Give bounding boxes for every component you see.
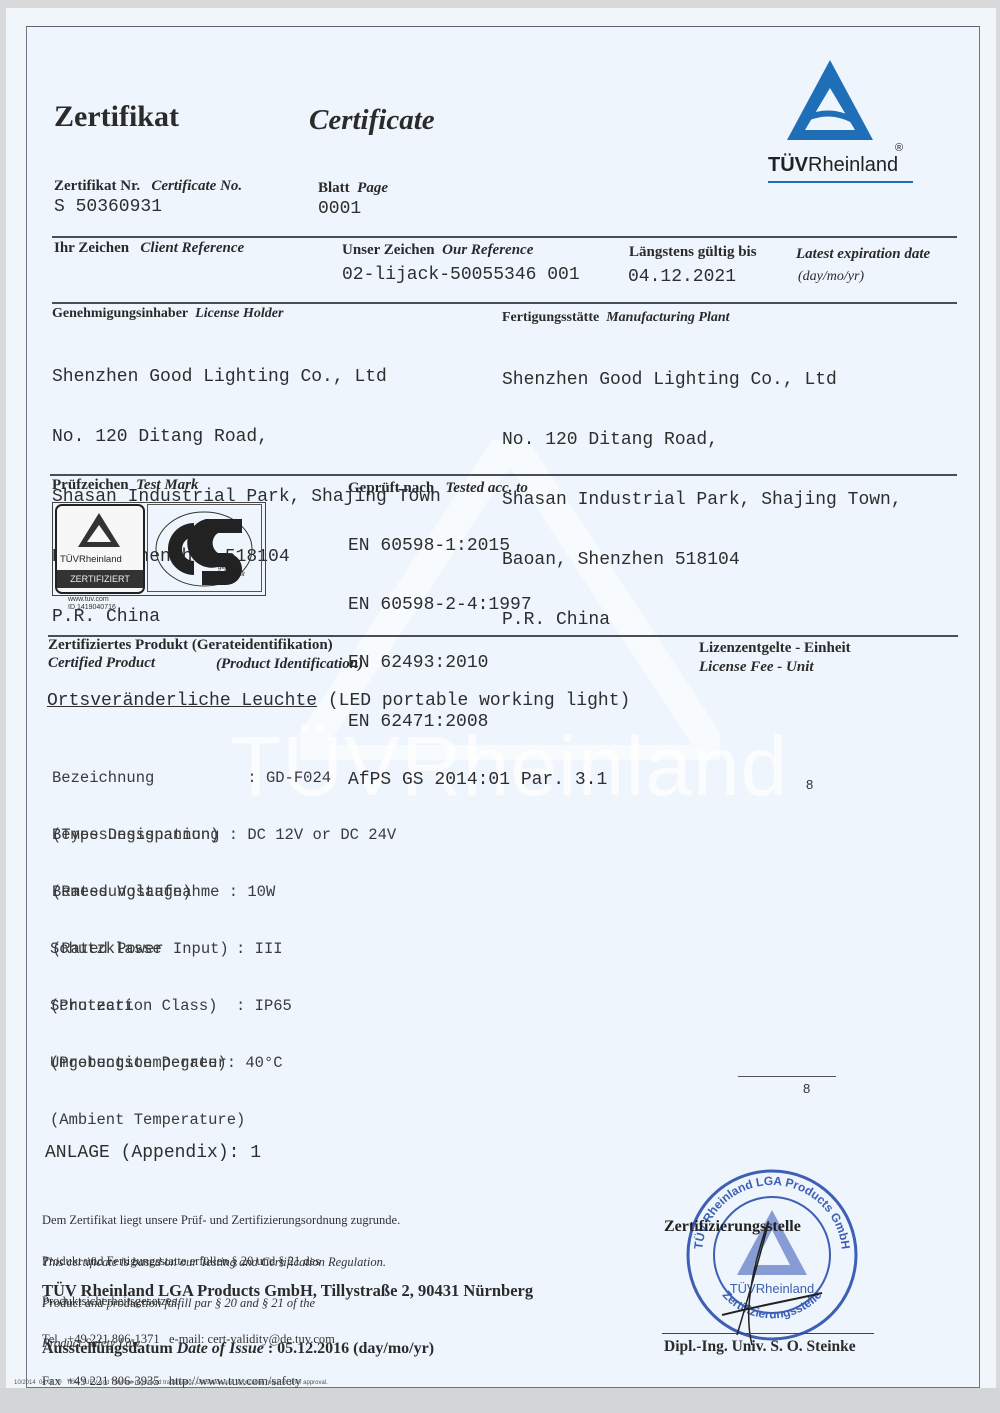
address-line: No. 120 Ditang Road, [502,430,902,450]
divider [50,474,957,476]
manufacturing-plant-label-en: Manufacturing Plant [606,310,729,325]
gs-mark: geprüfteSicherheit [147,504,262,592]
divider [52,302,957,304]
spec-value: 40°C [245,1054,282,1072]
license-fee-total: 8 [803,1081,810,1096]
certified-product-label-de-1: Zertifiziertes Produkt [48,637,188,653]
our-reference-label: Unser Zeichen Our Reference [342,242,533,259]
appendix: ANLAGE (Appendix): 1 [45,1143,261,1163]
brand-name: TÜVRheinland [768,154,898,177]
tuv-mark-brand: TÜVRheinland [60,554,122,565]
tuv-mark-badge: ZERTIFIZIERT [57,570,143,588]
spec-label: Bemessungsaufnahme : [52,883,247,901]
tested-acc-label-en: Tested acc. to [446,480,528,496]
certificate-no-label-en: Certificate No. [151,178,242,194]
license-holder-label-en: License Holder [195,306,283,321]
divider [52,236,957,238]
client-reference-label: Ihr Zeichen Client Reference [54,240,244,257]
spec-value: GD-F024 [266,769,331,787]
manufacturing-plant-label: Fertigungsstätte Manufacturing Plant [502,310,730,326]
spec-label: Schutzklasse : [50,940,255,958]
date-of-issue-label-en: Date of Issue [177,1340,264,1357]
official-stamp-icon: TÜVRheinland TÜV Rheinland LGA Products … [682,1165,862,1345]
spec-value: III [255,940,283,958]
page-label-de: Blatt [318,180,350,196]
tuv-triangle-icon [77,512,121,548]
footnote-text: TÜV, TUEV and TUV are registered tradema… [67,1380,328,1386]
license-holder-label: Genehmigungsinhaber License Holder [52,306,283,322]
certificate-no-label-de: Zertifikat Nr. [54,178,140,194]
title-german: Zertifikat [54,100,179,134]
expiration-value: 04.12.2021 [628,267,736,287]
standard-item: EN 60598-1:2015 [348,537,607,557]
certified-product-label-de: Zertifiziertes Produkt (Gerateidentifika… [48,637,333,654]
certificate-no-value: S 50360931 [54,197,162,217]
address-line: Shenzhen Good Lighting Co., Ltd [52,367,441,387]
product-name-de: Ortsveränderliche Leuchte [47,691,317,711]
client-reference-label-en: Client Reference [140,240,244,256]
license-fee-label-en: License Fee - Unit [699,659,814,676]
page-value: 0001 [318,199,361,219]
license-fee-label-de: Lizenzentgelte - Einheit [699,640,851,657]
license-fee-value: 8 [806,777,813,792]
standards-list: EN 60598-1:2015 EN 60598-2-4:1997 EN 624… [348,498,607,810]
issuer-name: TÜV Rheinland LGA Products GmbH, Tillyst… [42,1281,533,1301]
title-english: Certificate [309,104,435,137]
spec-label: Schutzart : [50,997,255,1015]
expiration-label-en: Latest expiration date [796,246,930,263]
gs-caption-1: geprüfte [218,565,245,572]
test-mark-label-de: Prüfzeichen [52,477,129,493]
our-reference-label-en: Our Reference [442,242,533,258]
manufacturing-plant-label-de: Fertigungsstätte [502,310,599,325]
address-line: No. 120 Ditang Road, [52,427,441,447]
certified-product-label-en-1: Certified Product [48,655,155,672]
brand-name-bold: TÜV [768,154,808,176]
fee-total-line [738,1076,836,1077]
tested-acc-label-de: Geprüft nach [348,480,434,496]
page-label-en: Page [357,180,388,196]
test-mark-label: Prüfzeichen Test Mark [52,477,199,494]
gs-caption-2: Sicherheit [218,572,245,579]
our-reference-value: 02-lijack-50055346 001 [342,265,580,285]
address-line: Shenzhen Good Lighting Co., Ltd [502,370,902,390]
spec-value: DC 12V or DC 24V [247,826,396,844]
certified-product-label-en-2: (Product Identification) [216,656,363,673]
brand-name-rest: Rheinland [808,154,898,176]
license-holder-label-de: Genehmigungsinhaber [52,306,188,321]
client-reference-label-de: Ihr Zeichen [54,240,129,256]
scan-edge [0,1388,1000,1413]
standard-item: EN 62493:2010 [348,654,607,674]
standard-item: EN 60598-2-4:1997 [348,596,607,616]
tuv-triangle-icon [785,58,875,146]
certification-office: Zertifizierungsstelle [664,1218,801,1236]
test-mark-id-value: ID 1419040716 [68,604,116,612]
svg-text:TÜVRheinland: TÜVRheinland [730,1281,815,1296]
spec-label-en: (Ambient Temperature) [50,1111,283,1130]
date-of-issue: Ausstellungsdatum Date of Issue : 05.12.… [42,1340,434,1358]
expiration-format: (day/mo/yr) [798,269,864,285]
footnote-code: 10/2014 04.08 [14,1380,54,1386]
product-name-en: (LED portable working light) [317,691,630,711]
test-mark-url: www.tuv.com [68,596,116,604]
test-mark-id: www.tuv.comID 1419040716 [68,596,116,612]
brand-underline [768,181,913,183]
signature-line [662,1333,874,1334]
spec-label: Bezeichnung : [52,769,266,787]
tested-acc-label: Geprüft nach Tested acc. to [348,480,528,497]
tuv-certified-mark: TÜVRheinland ZERTIFIZIERT [55,504,145,594]
test-mark-label-en: Test Mark [136,477,198,493]
spec-label: Bemessungsspannung : [52,826,247,844]
footnote: 10/2014 04.08 ® TÜV, TUEV and TUV are re… [14,1380,328,1386]
expiration-label-de: Längstens gültig bis [629,244,757,261]
spec-value: IP65 [255,997,292,1015]
certificate-no-label: Zertifikat Nr. Certificate No. [54,178,242,195]
legal-line: This certificate is based on our Testing… [42,1256,386,1270]
spec-label: Umgebungstemperatur: [50,1054,245,1072]
product-name: Ortsveränderliche Leuchte (LED portable … [47,691,630,711]
gs-caption: geprüfteSicherheit [218,565,245,579]
spec-item: Umgebungstemperatur: 40°C (Ambient Tempe… [50,1016,283,1149]
spec-value: 10W [247,883,275,901]
our-reference-label-de: Unser Zeichen [342,242,435,258]
certified-product-label-de-2: (Gerateidentifikation) [192,637,333,653]
date-of-issue-value: : 05.12.2016 (day/mo/yr) [264,1340,434,1357]
signer-name: Dipl.-Ing. Univ. S. O. Steinke [664,1338,856,1356]
page-label: Blatt Page [318,180,388,197]
date-of-issue-label-de: Ausstellungsdatum [42,1340,173,1357]
standard-item: EN 62471:2008 [348,713,607,733]
legal-line: Dem Zertifikat liegt unsere Prüf- und Ze… [42,1214,400,1228]
registered-mark: ® [895,142,903,154]
